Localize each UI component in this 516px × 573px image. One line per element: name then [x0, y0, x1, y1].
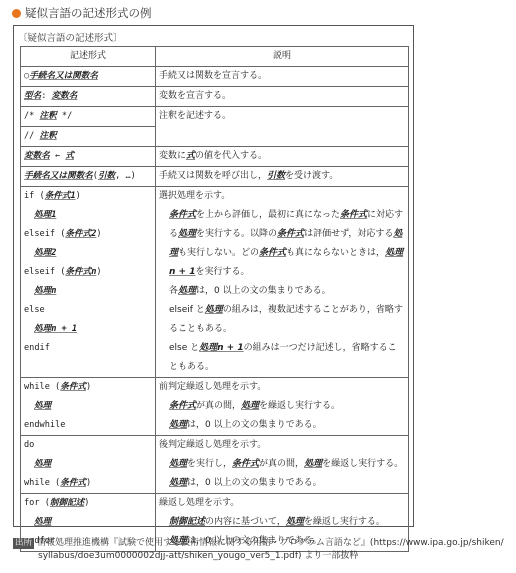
heading-title: 疑似言語の記述形式の例 — [25, 5, 152, 21]
citation-line-2: syllabus/doe3um0000002djj-att/shiken_you… — [13, 550, 513, 563]
source-badge: 出所 — [13, 538, 34, 549]
table-row: 型名: 変数名 変数を宣言する。 — [21, 87, 409, 107]
table-header-row: 記述形式 説明 — [21, 47, 409, 67]
citation-line-1: 情報処理推進機構『試験で使用する技術情報に関する用語・プログラム言語など』(ht… — [37, 538, 504, 548]
table-row: /* 注釈 */ 注釈を記述する。 — [21, 107, 409, 127]
table-row: ○手続名又は関数名 手続又は関数を宣言する。 — [21, 67, 409, 87]
table-row: do 処理 while (条件式) 後判定繰返し処理を示す。 処理を実行し，条件… — [21, 436, 409, 494]
desc-cell: 手続又は関数を宣言する。 — [156, 67, 409, 87]
header-desc: 説明 — [156, 47, 409, 67]
form-cell: /* 注釈 */ — [21, 107, 156, 127]
desc-cell: 前判定繰返し処理を示す。 条件式が真の間，処理を繰返し実行する。 処理は，0 以… — [156, 378, 409, 436]
form-cell: 変数名 ← 式 — [21, 147, 156, 167]
form-cell: ○手続名又は関数名 — [21, 67, 156, 87]
desc-cell: 注釈を記述する。 — [156, 107, 409, 147]
header-form: 記述形式 — [21, 47, 156, 67]
form-cell: if (条件式1) 処理1 elseif (条件式2) 処理2 elseif (… — [21, 187, 156, 378]
form-cell: 型名: 変数名 — [21, 87, 156, 107]
desc-cell: 変数に式の値を代入する。 — [156, 147, 409, 167]
table-row: if (条件式1) 処理1 elseif (条件式2) 処理2 elseif (… — [21, 187, 409, 378]
desc-cell: 選択処理を示す。 条件式を上から評価し，最初に真になった条件式に対応する処理を実… — [156, 187, 409, 378]
desc-cell: 変数を宣言する。 — [156, 87, 409, 107]
table-row: 変数名 ← 式 変数に式の値を代入する。 — [21, 147, 409, 167]
table-row: 手続名又は関数名(引数, …) 手続又は関数を呼び出し，引数を受け渡す。 — [21, 167, 409, 187]
frame-title: 〔疑似言語の記述形式〕 — [18, 30, 123, 44]
desc-cell: 後判定繰返し処理を示す。 処理を実行し，条件式が真の間，処理を繰返し実行する。 … — [156, 436, 409, 494]
section-heading: 疑似言語の記述形式の例 — [12, 5, 152, 21]
form-cell: do 処理 while (条件式) — [21, 436, 156, 494]
source-citation: 出所情報処理推進機構『試験で使用する技術情報に関する用語・プログラム言語など』(… — [13, 537, 513, 563]
form-cell: while (条件式) 処理 endwhile — [21, 378, 156, 436]
form-cell: 手続名又は関数名(引数, …) — [21, 167, 156, 187]
bullet-icon — [12, 9, 21, 18]
pseudo-code-table: 記述形式 説明 ○手続名又は関数名 手続又は関数を宣言する。 型名: 変数名 変… — [20, 46, 409, 552]
pseudo-code-frame: 〔疑似言語の記述形式〕 記述形式 説明 ○手続名又は関数名 手続又は関数を宣言す… — [13, 25, 414, 527]
form-cell: // 注釈 — [21, 127, 156, 147]
table-row: while (条件式) 処理 endwhile 前判定繰返し処理を示す。 条件式… — [21, 378, 409, 436]
desc-cell: 手続又は関数を呼び出し，引数を受け渡す。 — [156, 167, 409, 187]
